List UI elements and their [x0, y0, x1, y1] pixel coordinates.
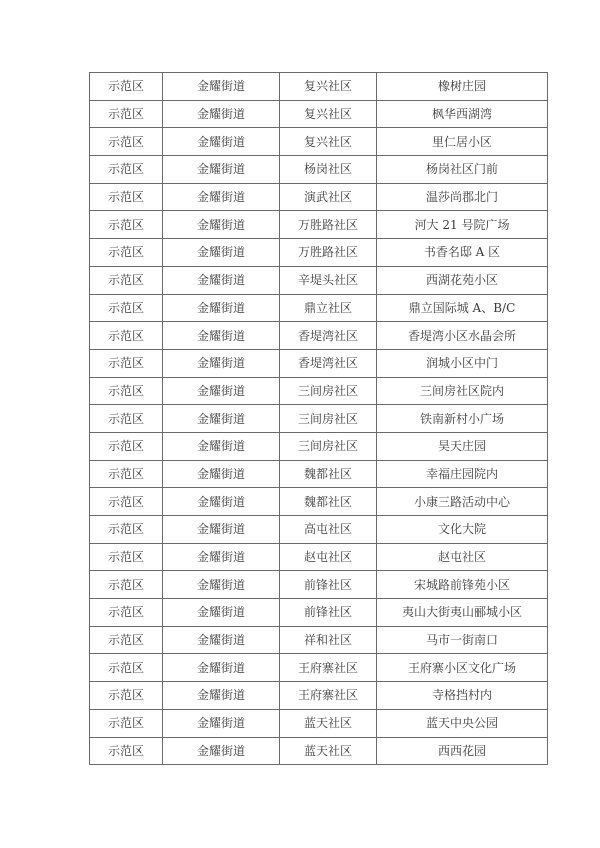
- table-row: 示范区金耀街道赵屯社区赵屯社区: [90, 543, 548, 571]
- cell-community: 复兴社区: [280, 100, 377, 128]
- cell-street: 金耀街道: [163, 377, 280, 405]
- cell-district: 示范区: [90, 405, 163, 433]
- cell-district: 示范区: [90, 377, 163, 405]
- cell-location: 书香名邸 A 区: [377, 239, 548, 267]
- cell-location: 温莎尚郡北门: [377, 183, 548, 211]
- table-row: 示范区金耀街道复兴社区里仁居小区: [90, 128, 548, 156]
- cell-community: 鼎立社区: [280, 294, 377, 322]
- cell-location: 夷山大街夷山郦城小区: [377, 599, 548, 627]
- cell-community: 蓝天社区: [280, 737, 377, 765]
- cell-street: 金耀街道: [163, 266, 280, 294]
- cell-street: 金耀街道: [163, 156, 280, 184]
- table-row: 示范区金耀街道前锋社区夷山大街夷山郦城小区: [90, 599, 548, 627]
- cell-street: 金耀街道: [163, 183, 280, 211]
- cell-district: 示范区: [90, 488, 163, 516]
- table-row: 示范区金耀街道王府寨社区王府寨小区文化广场: [90, 654, 548, 682]
- cell-community: 香堤湾社区: [280, 322, 377, 350]
- cell-street: 金耀街道: [163, 239, 280, 267]
- cell-district: 示范区: [90, 211, 163, 239]
- cell-location: 幸福庄园院内: [377, 460, 548, 488]
- cell-district: 示范区: [90, 709, 163, 737]
- cell-street: 金耀街道: [163, 128, 280, 156]
- cell-community: 复兴社区: [280, 73, 377, 101]
- cell-street: 金耀街道: [163, 737, 280, 765]
- table-body: 示范区金耀街道复兴社区橡树庄园示范区金耀街道复兴社区枫华西湖湾示范区金耀街道复兴…: [90, 73, 548, 765]
- cell-location: 西西花园: [377, 737, 548, 765]
- cell-district: 示范区: [90, 571, 163, 599]
- cell-district: 示范区: [90, 294, 163, 322]
- table-row: 示范区金耀街道祥和社区马市一街南口: [90, 626, 548, 654]
- cell-location: 蓝天中央公园: [377, 709, 548, 737]
- table-row: 示范区金耀街道鼎立社区鼎立国际城 A、B/C: [90, 294, 548, 322]
- cell-district: 示范区: [90, 156, 163, 184]
- cell-street: 金耀街道: [163, 571, 280, 599]
- cell-location: 寺格挡村内: [377, 682, 548, 710]
- table-row: 示范区金耀街道三间房社区铁南新村小广场: [90, 405, 548, 433]
- table-row: 示范区金耀街道蓝天社区西西花园: [90, 737, 548, 765]
- cell-community: 三间房社区: [280, 405, 377, 433]
- cell-location: 香堤湾小区水晶会所: [377, 322, 548, 350]
- table-row: 示范区金耀街道三间房社区三间房社区院内: [90, 377, 548, 405]
- cell-district: 示范区: [90, 516, 163, 544]
- table-row: 示范区金耀街道万胜路社区河大 21 号院广场: [90, 211, 548, 239]
- table-row: 示范区金耀街道香堤湾社区润城小区中门: [90, 349, 548, 377]
- cell-community: 万胜路社区: [280, 239, 377, 267]
- cell-location: 铁南新村小广场: [377, 405, 548, 433]
- cell-location: 三间房社区院内: [377, 377, 548, 405]
- table-row: 示范区金耀街道蓝天社区蓝天中央公园: [90, 709, 548, 737]
- cell-location: 枫华西湖湾: [377, 100, 548, 128]
- cell-community: 辛堤头社区: [280, 266, 377, 294]
- table-row: 示范区金耀街道杨岗社区杨岗社区门前: [90, 156, 548, 184]
- cell-community: 魏都社区: [280, 488, 377, 516]
- cell-location: 橡树庄园: [377, 73, 548, 101]
- cell-street: 金耀街道: [163, 654, 280, 682]
- cell-community: 魏都社区: [280, 460, 377, 488]
- cell-community: 三间房社区: [280, 377, 377, 405]
- cell-district: 示范区: [90, 73, 163, 101]
- cell-location: 马市一街南口: [377, 626, 548, 654]
- cell-district: 示范区: [90, 128, 163, 156]
- table-row: 示范区金耀街道辛堤头社区西湖花苑小区: [90, 266, 548, 294]
- cell-street: 金耀街道: [163, 599, 280, 627]
- cell-street: 金耀街道: [163, 488, 280, 516]
- cell-location: 里仁居小区: [377, 128, 548, 156]
- cell-street: 金耀街道: [163, 709, 280, 737]
- cell-location: 王府寨小区文化广场: [377, 654, 548, 682]
- cell-district: 示范区: [90, 626, 163, 654]
- cell-district: 示范区: [90, 737, 163, 765]
- cell-community: 高屯社区: [280, 516, 377, 544]
- cell-district: 示范区: [90, 239, 163, 267]
- cell-community: 杨岗社区: [280, 156, 377, 184]
- cell-location: 杨岗社区门前: [377, 156, 548, 184]
- cell-district: 示范区: [90, 654, 163, 682]
- cell-community: 前锋社区: [280, 599, 377, 627]
- cell-community: 香堤湾社区: [280, 349, 377, 377]
- cell-community: 王府寨社区: [280, 654, 377, 682]
- cell-location: 宋城路前锋苑小区: [377, 571, 548, 599]
- table-row: 示范区金耀街道魏都社区小康三路活动中心: [90, 488, 548, 516]
- cell-district: 示范区: [90, 432, 163, 460]
- cell-district: 示范区: [90, 266, 163, 294]
- cell-community: 复兴社区: [280, 128, 377, 156]
- cell-community: 演武社区: [280, 183, 377, 211]
- cell-location: 赵屯社区: [377, 543, 548, 571]
- cell-community: 前锋社区: [280, 571, 377, 599]
- cell-district: 示范区: [90, 682, 163, 710]
- cell-district: 示范区: [90, 599, 163, 627]
- cell-district: 示范区: [90, 100, 163, 128]
- cell-community: 赵屯社区: [280, 543, 377, 571]
- cell-community: 王府寨社区: [280, 682, 377, 710]
- cell-street: 金耀街道: [163, 460, 280, 488]
- cell-location: 润城小区中门: [377, 349, 548, 377]
- cell-district: 示范区: [90, 543, 163, 571]
- document-page: 示范区金耀街道复兴社区橡树庄园示范区金耀街道复兴社区枫华西湖湾示范区金耀街道复兴…: [0, 0, 600, 848]
- cell-location: 文化大院: [377, 516, 548, 544]
- cell-street: 金耀街道: [163, 682, 280, 710]
- cell-district: 示范区: [90, 183, 163, 211]
- table-row: 示范区金耀街道三间房社区昊天庄园: [90, 432, 548, 460]
- cell-street: 金耀街道: [163, 432, 280, 460]
- cell-street: 金耀街道: [163, 211, 280, 239]
- cell-street: 金耀街道: [163, 294, 280, 322]
- cell-street: 金耀街道: [163, 100, 280, 128]
- cell-location: 河大 21 号院广场: [377, 211, 548, 239]
- table-row: 示范区金耀街道复兴社区橡树庄园: [90, 73, 548, 101]
- table-row: 示范区金耀街道香堤湾社区香堤湾小区水晶会所: [90, 322, 548, 350]
- cell-district: 示范区: [90, 322, 163, 350]
- table-row: 示范区金耀街道魏都社区幸福庄园院内: [90, 460, 548, 488]
- cell-street: 金耀街道: [163, 626, 280, 654]
- cell-street: 金耀街道: [163, 73, 280, 101]
- table-row: 示范区金耀街道王府寨社区寺格挡村内: [90, 682, 548, 710]
- cell-street: 金耀街道: [163, 405, 280, 433]
- cell-district: 示范区: [90, 349, 163, 377]
- cell-location: 昊天庄园: [377, 432, 548, 460]
- cell-street: 金耀街道: [163, 349, 280, 377]
- cell-community: 万胜路社区: [280, 211, 377, 239]
- cell-location: 西湖花苑小区: [377, 266, 548, 294]
- cell-street: 金耀街道: [163, 543, 280, 571]
- table-row: 示范区金耀街道前锋社区宋城路前锋苑小区: [90, 571, 548, 599]
- cell-street: 金耀街道: [163, 516, 280, 544]
- table-row: 示范区金耀街道演武社区温莎尚郡北门: [90, 183, 548, 211]
- table-row: 示范区金耀街道高屯社区文化大院: [90, 516, 548, 544]
- cell-community: 蓝天社区: [280, 709, 377, 737]
- table-row: 示范区金耀街道复兴社区枫华西湖湾: [90, 100, 548, 128]
- site-list-table: 示范区金耀街道复兴社区橡树庄园示范区金耀街道复兴社区枫华西湖湾示范区金耀街道复兴…: [89, 72, 548, 765]
- cell-district: 示范区: [90, 460, 163, 488]
- table-row: 示范区金耀街道万胜路社区书香名邸 A 区: [90, 239, 548, 267]
- cell-community: 三间房社区: [280, 432, 377, 460]
- cell-location: 鼎立国际城 A、B/C: [377, 294, 548, 322]
- cell-street: 金耀街道: [163, 322, 280, 350]
- cell-location: 小康三路活动中心: [377, 488, 548, 516]
- cell-community: 祥和社区: [280, 626, 377, 654]
